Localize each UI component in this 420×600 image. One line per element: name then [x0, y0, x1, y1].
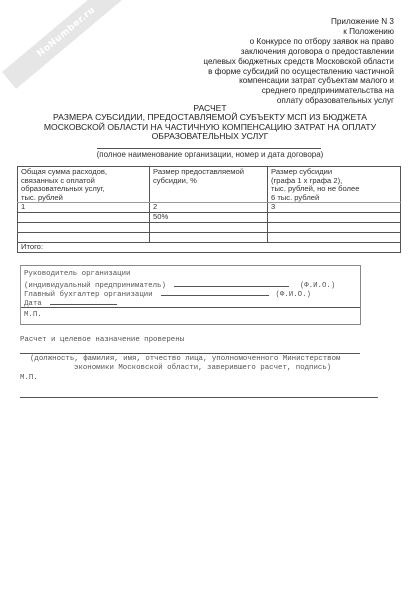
verification-stamp-label: М.П.: [20, 374, 38, 383]
verification-text: Расчет и целевое назначение проверены: [20, 336, 184, 345]
accountant-fio-caption: (Ф.И.О.): [276, 291, 311, 299]
head-signature-line[interactable]: [174, 279, 289, 287]
appendix-line: в форме субсидий по осуществлению частич…: [134, 67, 394, 77]
total-label: Итого:: [18, 243, 401, 253]
table-cell[interactable]: [268, 213, 401, 223]
total-row: Итого:: [18, 243, 401, 253]
table-row: [18, 223, 401, 233]
appendix-line: к Положению: [134, 27, 394, 37]
table-cell[interactable]: 50%: [150, 213, 268, 223]
column-number-row: 1 2 3: [18, 203, 401, 213]
header-subsidy-percent: Размер предоставляемой субсидии, %: [150, 167, 268, 203]
appendix-line: Приложение N 3: [134, 17, 394, 27]
table-cell[interactable]: [268, 233, 401, 243]
table-cell[interactable]: [268, 223, 401, 233]
appendix-line: о Конкурсе по отбору заявок на право: [134, 37, 394, 47]
column-number: 1: [18, 203, 150, 213]
table-row: 50%: [18, 213, 401, 223]
table-cell[interactable]: [18, 233, 150, 243]
title-line: ОБРАЗОВАТЕЛЬНЫХ УСЛУГ: [30, 132, 390, 141]
document-title: РАСЧЕТ РАЗМЕРА СУБСИДИИ, ПРЕДОСТАВЛЯЕМОЙ…: [30, 104, 390, 142]
bottom-line: [20, 397, 378, 398]
appendix-line: целевых бюджетных средств Московской обл…: [134, 57, 394, 67]
signature-divider: [21, 307, 360, 308]
organization-name-field[interactable]: [97, 148, 321, 149]
table-cell[interactable]: [18, 213, 150, 223]
appendix-line: среднего предпринимательства на: [134, 86, 394, 96]
appendix-line: компенсации затрат субъектам малого и: [134, 76, 394, 86]
header-subsidy-amount: Размер субсидии (графа 1 x графа 2), тыс…: [268, 167, 401, 203]
header-total-expenses: Общая сумма расходов, связанных с оплато…: [18, 167, 150, 203]
column-number: 2: [150, 203, 268, 213]
table-header-row: Общая сумма расходов, связанных с оплато…: [18, 167, 401, 203]
appendix-header: Приложение N 3 к Положению о Конкурсе по…: [134, 17, 394, 106]
organization-caption: (полное наименование организации, номер …: [60, 150, 360, 159]
head-label-1: Руководитель организации: [24, 270, 130, 279]
stamp-label: М.П.: [24, 311, 42, 320]
table-cell[interactable]: [150, 233, 268, 243]
watermark: NoNumber.ru: [2, 0, 131, 89]
verifier-signature-line[interactable]: [20, 353, 360, 354]
verifier-caption-1: (должность, фамилия, имя, отчество лица,…: [30, 355, 340, 364]
appendix-line: заключения договора о предоставлении: [134, 47, 394, 57]
signature-box: Руководитель организации (индивидуальный…: [20, 265, 361, 325]
verifier-caption-2: экономики Московской области, заверившег…: [74, 364, 331, 373]
header-text: субсидии, %: [153, 177, 264, 186]
subsidy-table: Общая сумма расходов, связанных с оплато…: [17, 166, 401, 253]
table-cell[interactable]: [18, 223, 150, 233]
table-cell[interactable]: [150, 223, 268, 233]
header-text: тыс. рублей: [21, 194, 146, 203]
table-row: [18, 233, 401, 243]
date-field[interactable]: [50, 297, 117, 305]
accountant-signature-line[interactable]: [161, 288, 269, 296]
column-number: 3: [268, 203, 401, 213]
header-text: 6 тыс. рублей: [271, 194, 397, 203]
